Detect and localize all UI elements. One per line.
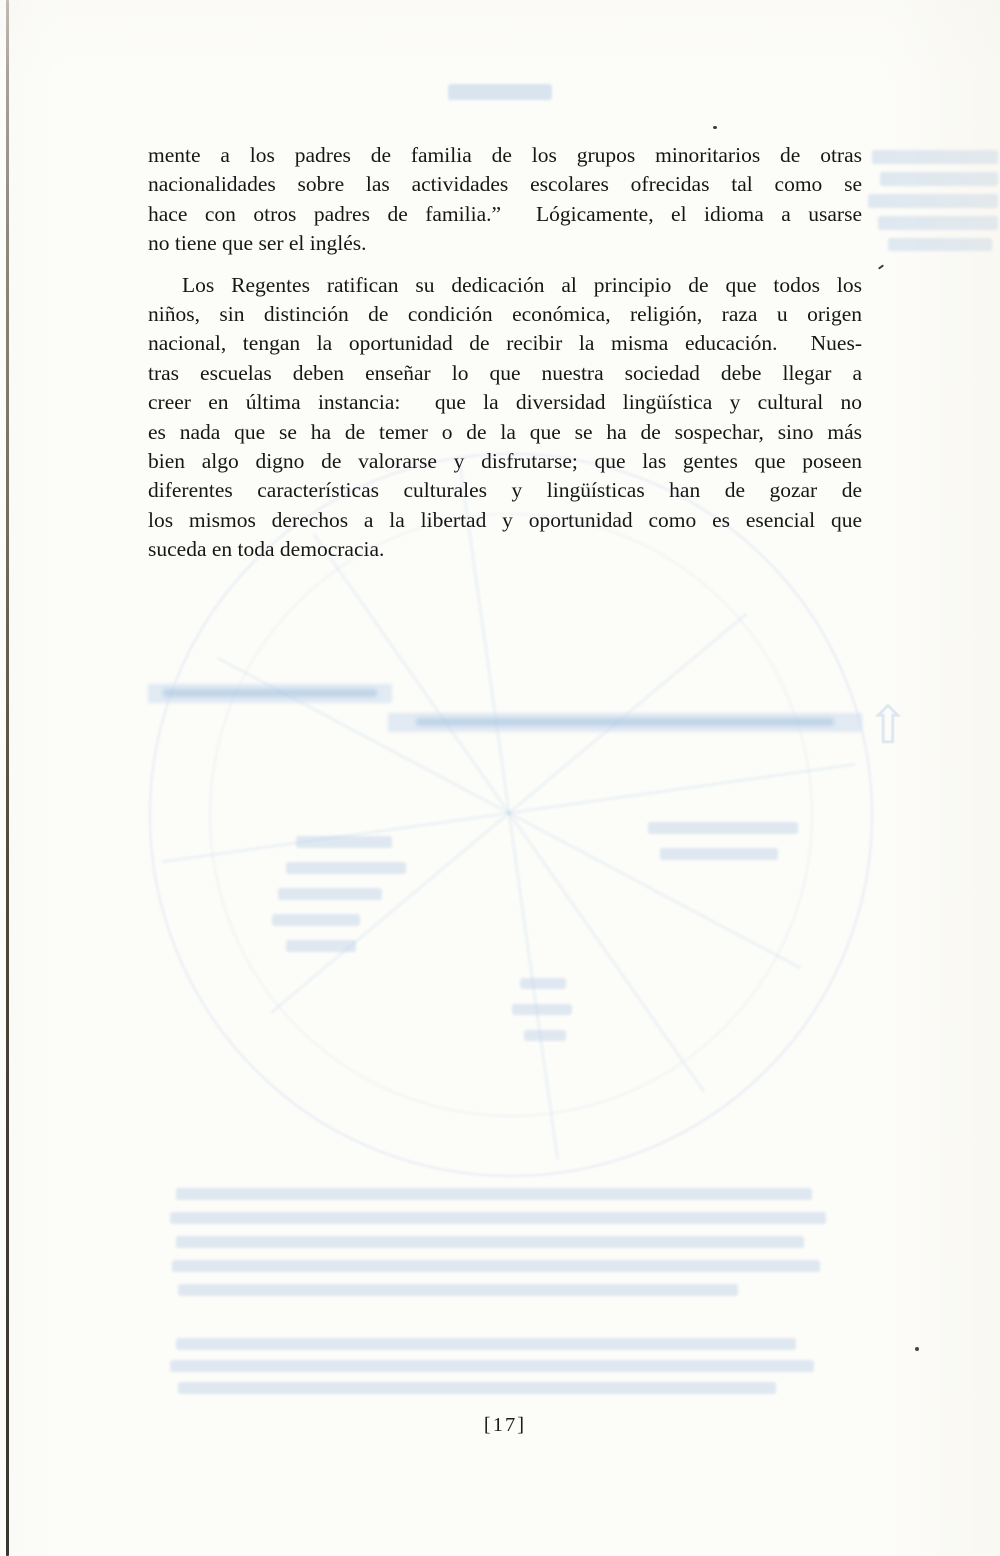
showthrough-row	[176, 1338, 796, 1350]
showthrough-row	[178, 1382, 776, 1394]
showthrough-circle-inner	[209, 513, 813, 1117]
showthrough-row	[172, 1260, 820, 1272]
text-line: diferentes características culturales y …	[148, 476, 862, 505]
showthrough-row	[178, 1284, 738, 1296]
showthrough-row	[170, 1212, 826, 1224]
text-line: creer en última instancia: que la divers…	[148, 388, 862, 417]
showthrough-spoke	[217, 657, 801, 969]
scanned-book-page: ⇧ mente a los padres de familia de los g…	[0, 0, 1000, 1556]
text-line: bien algo digno de valorarse y disfrutar…	[148, 447, 862, 476]
text-line: los mismos derechos a la libertad y opor…	[148, 506, 862, 535]
showthrough-band	[388, 713, 862, 732]
paragraph-1: mente a los padres de familia de los gru…	[148, 141, 862, 259]
showthrough-row	[286, 862, 406, 874]
page-content: mente a los padres de familia de los gru…	[148, 141, 862, 565]
showthrough-band	[148, 684, 392, 703]
text-line: no tiene que ser el inglés.	[148, 229, 862, 258]
text-line: suceda en toda democracia.	[148, 535, 862, 564]
text-line: tras escuelas deben enseñar lo que nuest…	[148, 359, 862, 388]
showthrough-spoke	[313, 534, 705, 1092]
text-line: nacionalidades sobre las actividades esc…	[148, 170, 862, 199]
showthrough-row	[520, 978, 566, 989]
page-number: [17]	[148, 1414, 862, 1437]
text-line: hace con otros padres de familia.” Lógic…	[148, 200, 862, 229]
showthrough-row	[868, 194, 998, 208]
scan-speck	[878, 264, 884, 269]
showthrough-row	[524, 1030, 566, 1041]
text-line: es nada que se ha de temer o de la que s…	[148, 418, 862, 447]
showthrough-row	[888, 238, 992, 251]
page-edge-shadow	[6, 0, 9, 1556]
showthrough-row	[286, 940, 356, 952]
text-line: Los Regentes ratifican su dedicación al …	[148, 271, 862, 300]
scan-speck	[915, 1347, 919, 1351]
text-line: niños, sin distinción de condición econó…	[148, 300, 862, 329]
showthrough-arrow-up-icon: ⇧	[866, 700, 910, 752]
showthrough-row	[872, 150, 998, 164]
showthrough-row	[176, 1188, 812, 1200]
showthrough-row	[648, 822, 798, 834]
showthrough-row	[660, 848, 778, 860]
showthrough-row	[880, 172, 998, 186]
showthrough-row	[512, 1004, 572, 1015]
showthrough-spoke	[271, 613, 747, 1013]
paragraph-2: Los Regentes ratifican su dedicación al …	[148, 271, 862, 565]
showthrough-row	[176, 1236, 804, 1248]
showthrough-row	[878, 216, 998, 230]
showthrough-row	[272, 914, 360, 926]
text-line: nacional, tengan la oportunidad de recib…	[148, 329, 862, 358]
showthrough-row	[170, 1360, 814, 1372]
text-line: mente a los padres de familia de los gru…	[148, 141, 862, 170]
showthrough-row	[278, 888, 382, 900]
showthrough-heading	[448, 84, 552, 100]
scan-speck	[713, 126, 717, 129]
showthrough-spoke	[162, 763, 855, 862]
showthrough-spoke	[459, 466, 558, 1159]
showthrough-row	[296, 836, 392, 848]
